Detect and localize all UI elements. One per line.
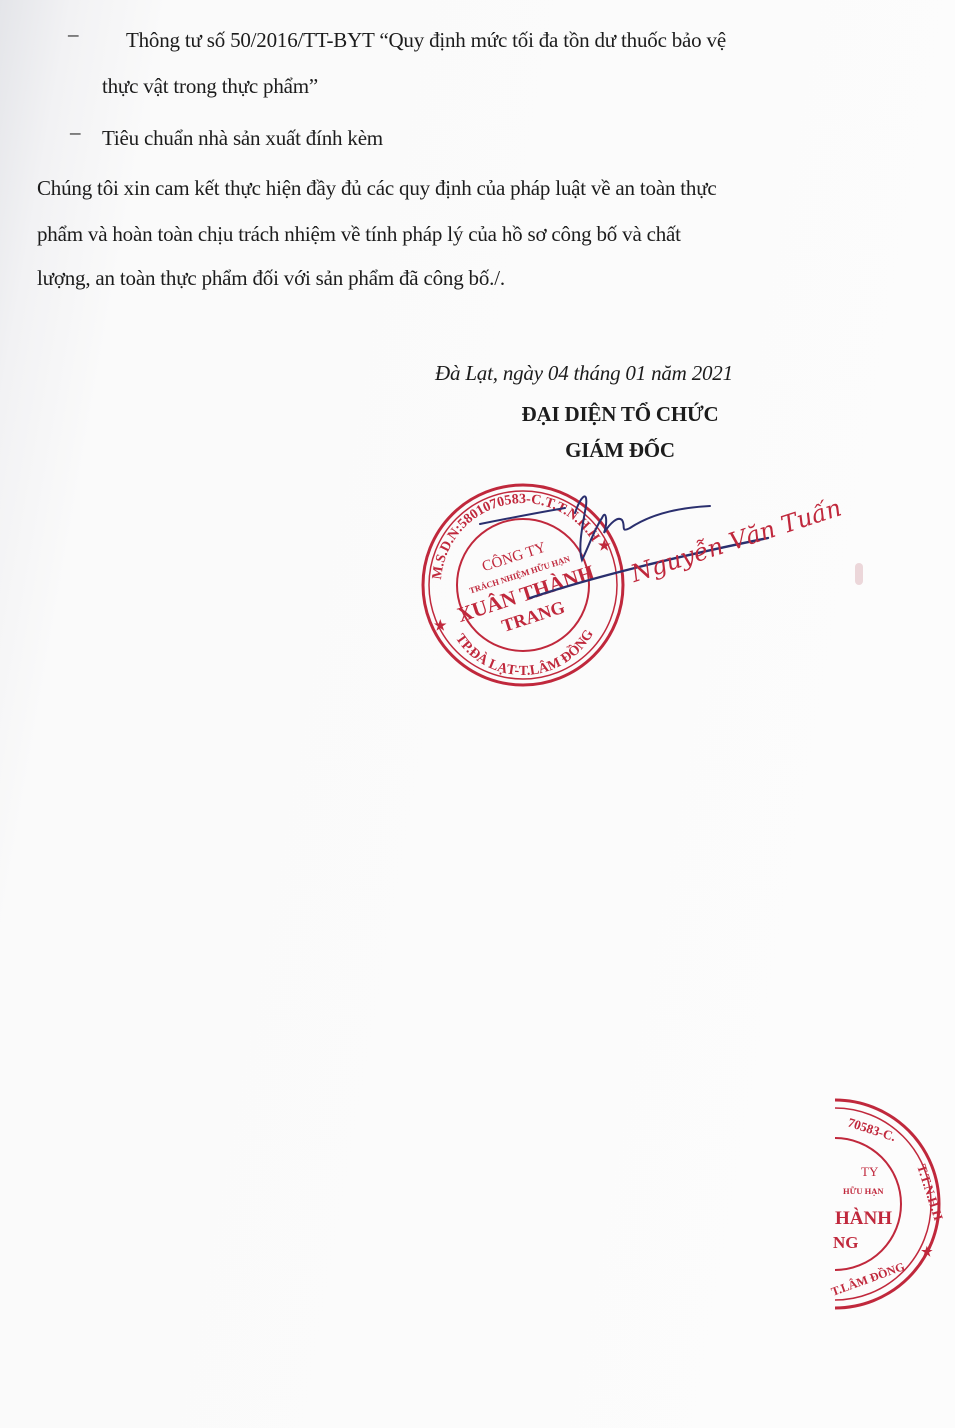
partial-seal-icon: 70583-C. T.T.N.H.H ★ T.LÂM ĐỒNG TY HỮU H… <box>825 1096 955 1316</box>
bullet-text-line1: Thông tư số 50/2016/TT-BYT “Quy định mức… <box>126 28 726 53</box>
place-date: Đà Lạt, ngày 04 tháng 01 năm 2021 <box>435 361 733 386</box>
svg-text:★: ★ <box>921 1244 933 1259</box>
commitment-line-3: lượng, an toàn thực phẩm đối với sản phẩ… <box>37 266 505 291</box>
svg-text:HỮU HẠN: HỮU HẠN <box>843 1186 884 1196</box>
svg-text:TY: TY <box>861 1164 879 1179</box>
commitment-line-2: phẩm và hoàn toàn chịu trách nhiệm về tí… <box>37 222 681 247</box>
commitment-line-1: Chúng tôi xin cam kết thực hiện đầy đủ c… <box>37 176 717 201</box>
director-title: GIÁM ĐỐC <box>480 438 760 463</box>
svg-text:HÀNH: HÀNH <box>835 1207 892 1229</box>
bullet-text: Tiêu chuẩn nhà sản xuất đính kèm <box>102 126 383 151</box>
representative-title: ĐẠI DIỆN TỔ CHỨC <box>480 402 760 427</box>
svg-text:T.T.N.H.H: T.T.N.H.H <box>914 1162 946 1222</box>
bullet-marker: – <box>68 22 79 47</box>
ink-smudge <box>855 563 863 585</box>
svg-text:NG: NG <box>833 1233 859 1252</box>
svg-text:★: ★ <box>434 618 447 634</box>
bullet-marker: – <box>70 120 81 145</box>
bullet-text-line2: thực vật trong thực phẩm” <box>102 74 318 99</box>
